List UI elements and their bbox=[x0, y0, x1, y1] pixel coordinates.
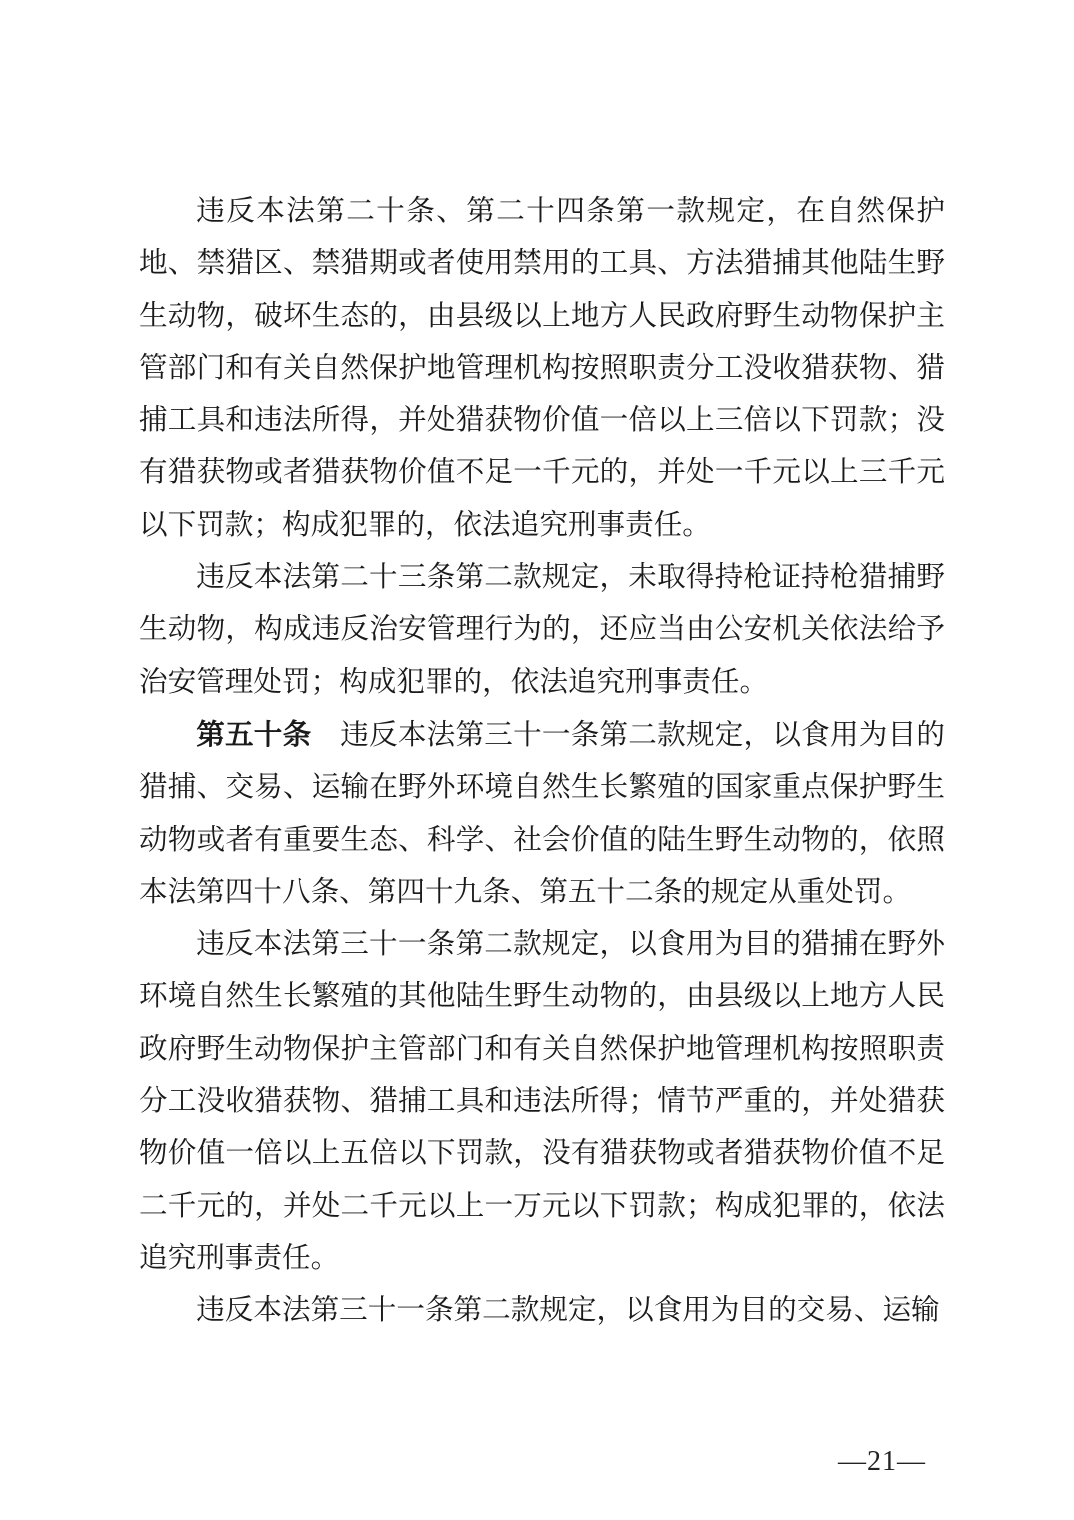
paragraph: 违反本法第三十一条第二款规定，以食用为目的交易、运输 bbox=[139, 1285, 945, 1337]
page-number: —21— bbox=[838, 1445, 926, 1479]
paragraph: 违反本法第二十条、第二十四条第一款规定，在自然保护地、禁猎区、禁猎期或者使用禁用… bbox=[139, 186, 945, 552]
paragraph: 第五十条 违反本法第三十一条第二款规定，以食用为目的猎捕、交易、运输在野外环境自… bbox=[139, 709, 945, 919]
paragraph: 违反本法第三十一条第二款规定，以食用为目的猎捕在野外环境自然生长繁殖的其他陆生野… bbox=[139, 919, 945, 1285]
paragraph-text: 违反本法第三十一条第二款规定，以食用为目的猎捕在野外环境自然生长繁殖的其他陆生野… bbox=[139, 929, 945, 1274]
article-number-heading: 第五十条 bbox=[196, 719, 311, 751]
document-body: 违反本法第二十条、第二十四条第一款规定，在自然保护地、禁猎区、禁猎期或者使用禁用… bbox=[139, 186, 945, 1338]
paragraph-text: 违反本法第二十条、第二十四条第一款规定，在自然保护地、禁猎区、禁猎期或者使用禁用… bbox=[139, 196, 945, 541]
paragraph-text: 违反本法第二十三条第二款规定，未取得持枪证持枪猎捕野生动物，构成违反治安管理行为… bbox=[139, 562, 945, 698]
document-page: 违反本法第二十条、第二十四条第一款规定，在自然保护地、禁猎区、禁猎期或者使用禁用… bbox=[0, 0, 1074, 1520]
paragraph: 违反本法第二十三条第二款规定，未取得持枪证持枪猎捕野生动物，构成违反治安管理行为… bbox=[139, 552, 945, 709]
paragraph-text: 违反本法第三十一条第二款规定，以食用为目的交易、运输 bbox=[196, 1295, 939, 1326]
